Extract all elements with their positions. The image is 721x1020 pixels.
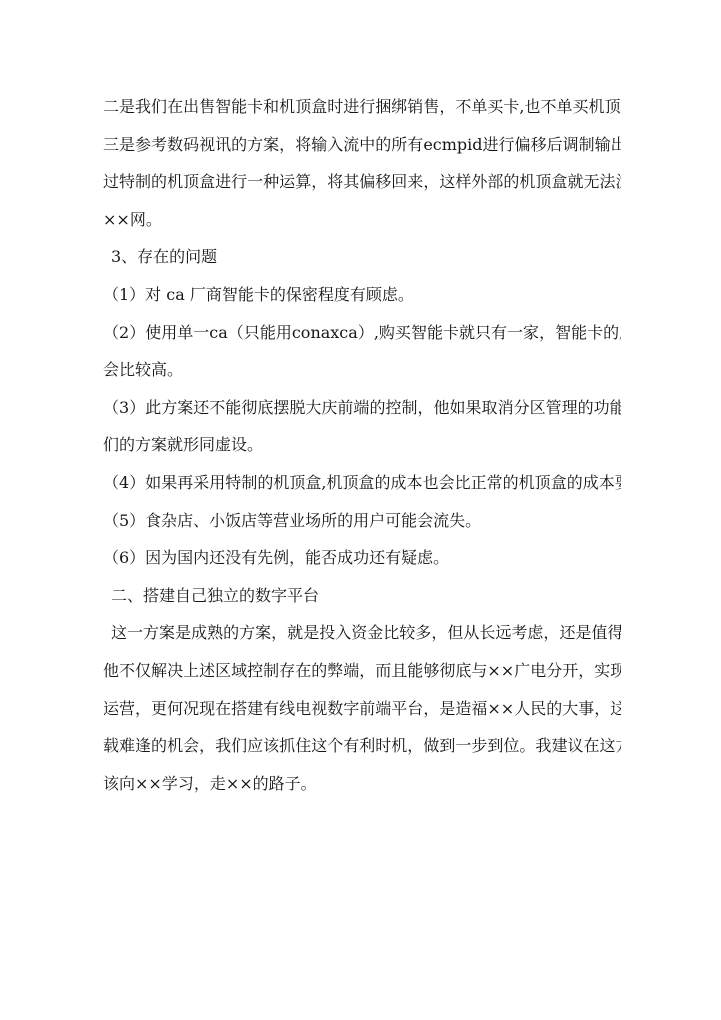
text-line: （3）此方案还不能彻底摆脱大庆前端的控制，他如果取消分区管理的功能，我 [103,389,621,427]
text-line: 会比较高。 [103,351,621,389]
text-line: 他不仅解决上述区域控制存在的弊端，而且能够彻底与××广电分开，实现独立 [103,652,621,690]
text-line: 过特制的机顶盒进行一种运算，将其偏移回来，这样外部的机顶盒就无法流入 [103,163,621,201]
paragraph-list-item: （6）因为国内还没有先例，能否成功还有疑虑。 [103,539,621,577]
text-line: 们的方案就形同虚设。 [103,426,621,464]
text-line: 这一方案是成熟的方案，就是投入资金比较多，但从长远考虑，还是值得的。 [103,614,621,652]
text-line: ××网。 [103,201,621,239]
paragraph-section-heading: 3、存在的问题 [103,238,621,276]
text-line: 3、存在的问题 [103,238,621,276]
text-line: （1）对 ca 厂商智能卡的保密程度有顾虑。 [103,276,621,314]
text-line: （5）食杂店、小饭店等营业场所的用户可能会流失。 [103,502,621,540]
document-page: 二是我们在出售智能卡和机顶盒时进行捆绑销售，不单买卡,也不单买机顶盒；三是参考数… [0,0,721,1020]
text-line: （2）使用单一ca（只能用conaxca）,购买智能卡就只有一家，智能卡的成本 [103,314,621,352]
paragraph-list-item: （4）如果再采用特制的机顶盒,机顶盒的成本也会比正常的机顶盒的成本要高。 [103,464,621,502]
text-line: 载难逢的机会，我们应该抓住这个有利时机，做到一步到位。我建议在这方面应 [103,727,621,765]
text-block: 二是我们在出售智能卡和机顶盒时进行捆绑销售，不单买卡,也不单买机顶盒；三是参考数… [103,88,621,802]
text-line: 该向××学习，走××的路子。 [103,765,621,803]
paragraph-section-heading: 二、搭建自己独立的数字平台 [103,577,621,615]
paragraph-body-paragraph: 这一方案是成熟的方案，就是投入资金比较多，但从长远考虑，还是值得的。他不仅解决上… [103,614,621,802]
text-line: （6）因为国内还没有先例，能否成功还有疑虑。 [103,539,621,577]
text-line: 运营，更何况现在搭建有线电视数字前端平台，是造福××人民的大事，这是千 [103,690,621,728]
text-line: 三是参考数码视讯的方案，将输入流中的所有ecmpid进行偏移后调制输出，通 [103,126,621,164]
text-line: 二、搭建自己独立的数字平台 [103,577,621,615]
paragraph-list-item: （3）此方案还不能彻底摆脱大庆前端的控制，他如果取消分区管理的功能，我们的方案就… [103,389,621,464]
paragraph-body-paragraph: 二是我们在出售智能卡和机顶盒时进行捆绑销售，不单买卡,也不单买机顶盒；三是参考数… [103,88,621,238]
paragraph-list-item: （5）食杂店、小饭店等营业场所的用户可能会流失。 [103,502,621,540]
text-line: 二是我们在出售智能卡和机顶盒时进行捆绑销售，不单买卡,也不单买机顶盒； [103,88,621,126]
text-line: （4）如果再采用特制的机顶盒,机顶盒的成本也会比正常的机顶盒的成本要高。 [103,464,621,502]
paragraph-list-item: （1）对 ca 厂商智能卡的保密程度有顾虑。 [103,276,621,314]
paragraph-list-item: （2）使用单一ca（只能用conaxca）,购买智能卡就只有一家，智能卡的成本会… [103,314,621,389]
